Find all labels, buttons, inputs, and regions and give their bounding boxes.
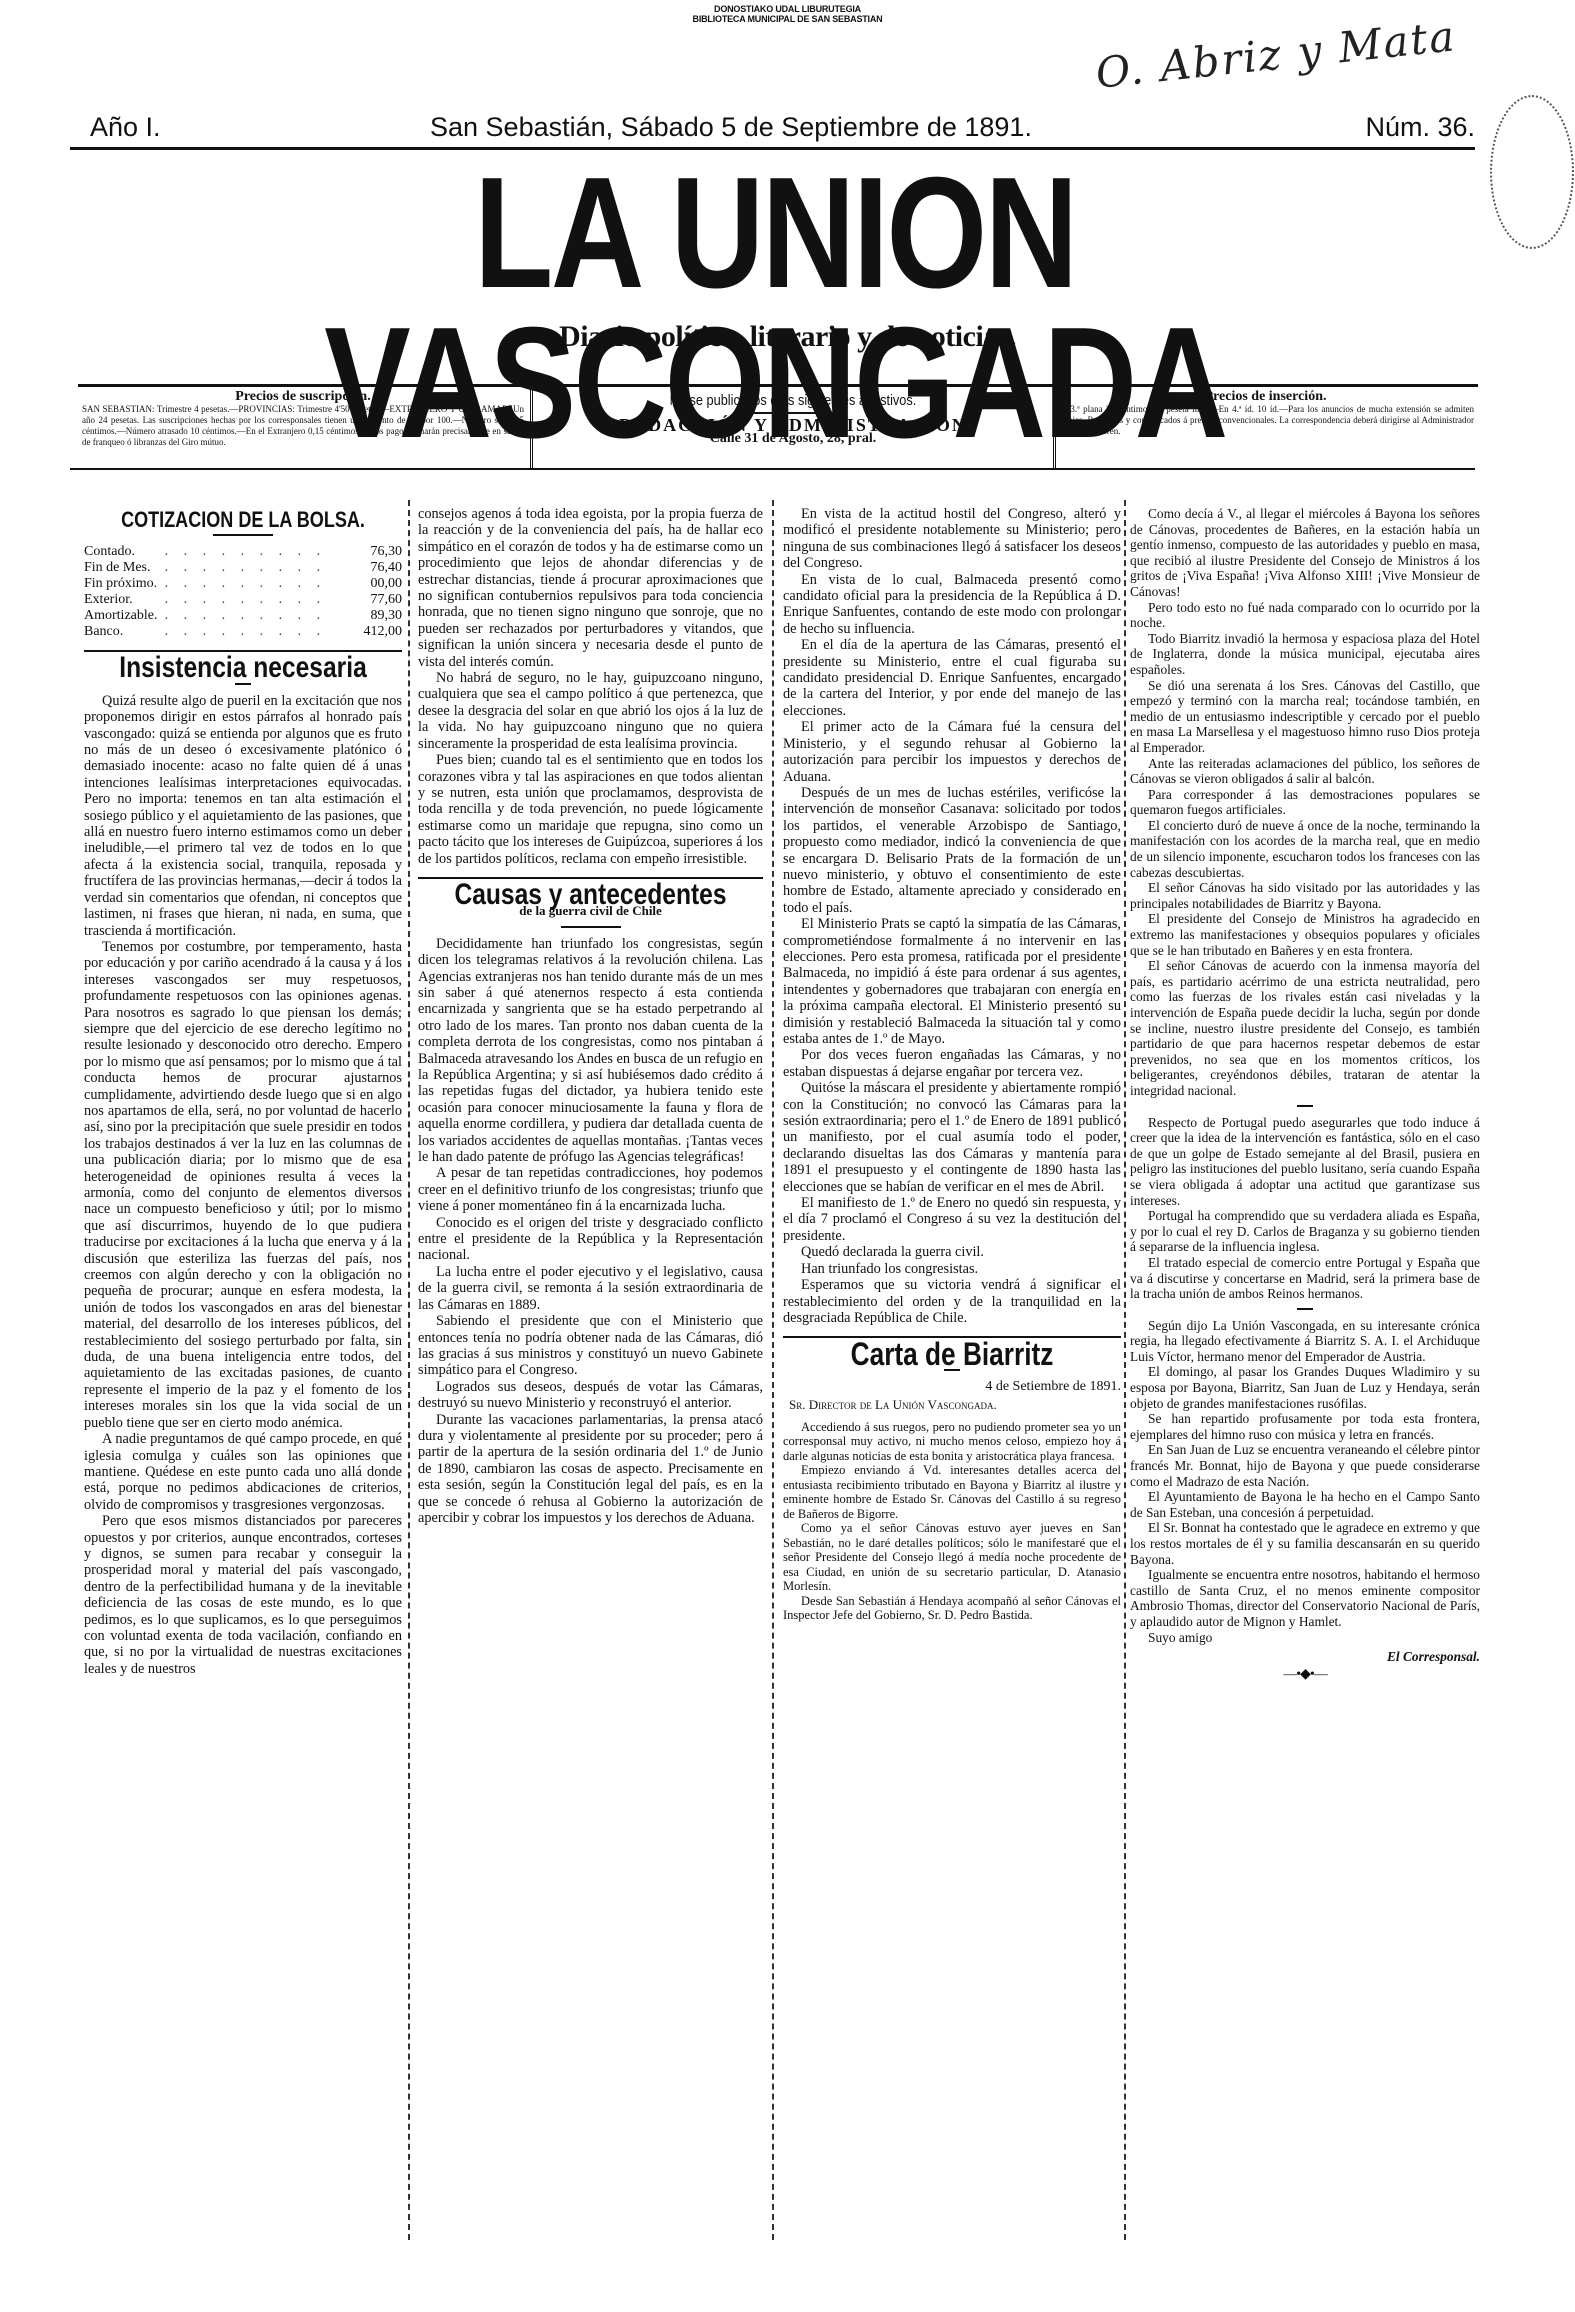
paragraph: En vista de la actitud hostil del Congre… <box>783 506 1121 572</box>
paragraph: El señor Cánovas ha sido visitado por la… <box>1130 880 1480 911</box>
divider <box>561 926 621 928</box>
office-title: REDACCIÓN Y ADMINISTRACIÓN <box>533 420 1053 431</box>
paragraph: Como decía á V., al llegar el miércoles … <box>1130 506 1480 600</box>
paragraph: Por dos veces fueron engañadas las Cámar… <box>783 1047 1121 1080</box>
paragraph: Pues bien; cuando tal es el sentimiento … <box>418 752 763 867</box>
dateline: Año I. San Sebastián, Sábado 5 de Septie… <box>90 112 1475 142</box>
paragraph: El Ministerio Prats se captó la simpatía… <box>783 916 1121 1047</box>
paragraph: El Ayuntamiento de Bayona le ha hecho en… <box>1130 1489 1480 1520</box>
paragraph: El domingo, al pasar los Grandes Duques … <box>1130 1364 1480 1411</box>
paragraph: Quitóse la máscara el presidente y abier… <box>783 1080 1121 1195</box>
article-title: Carta de Biarritz <box>813 1346 1090 1362</box>
paragraph: Durante las vacaciones parlamentarias, l… <box>418 1412 763 1527</box>
paragraph: Pero todo esto no fué nada comparado con… <box>1130 600 1480 631</box>
paragraph: Respecto de Portugal puedo asegurarles q… <box>1130 1115 1480 1209</box>
article-title: Causas y antecedentes <box>449 887 732 903</box>
paragraph: Se dió una serenata á los Sres. Cánovas … <box>1130 678 1480 756</box>
quote-value: 89,30 <box>342 608 402 624</box>
table-row: Fin de Mes.. . . . . . . . .76,40 <box>84 560 402 576</box>
quote-label: Fin próximo. <box>84 576 165 592</box>
quote-label: Fin de Mes. <box>84 560 165 576</box>
quote-label: Banco. <box>84 624 165 640</box>
paragraph: Para corresponder á las demostraciones p… <box>1130 787 1480 818</box>
column-2: consejos agenos á toda idea egoista, por… <box>418 506 763 1526</box>
insertion-title: Precios de inserción. <box>1053 391 1478 402</box>
quote-value: 412,00 <box>342 624 402 640</box>
divider <box>1297 1105 1313 1107</box>
paragraph: Accediendo á sus ruegos, pero no pudiend… <box>783 1420 1121 1464</box>
paragraph: Ante las reiteradas aclamaciones del púb… <box>1130 756 1480 787</box>
paragraph: El manifiesto de 1.º de Enero no quedó s… <box>783 1195 1121 1244</box>
paragraph: Después de un mes de luchas estériles, v… <box>783 785 1121 916</box>
paragraph: consejos agenos á toda idea egoista, por… <box>418 506 763 670</box>
quote-value: 77,60 <box>342 592 402 608</box>
masthead-tagline: Diario político, literario y de noticias… <box>0 320 1575 354</box>
insertion-box: Precios de inserción. En 3.ª plana 20 cé… <box>1053 387 1478 469</box>
subscription-box: Precios de suscripción. SAN SEBASTIAN: T… <box>78 387 528 469</box>
paragraph: Según dijo La Unión Vascongada, en su in… <box>1130 1318 1480 1365</box>
column-1: COTIZACION DE LA BOLSA. Contado.. . . . … <box>84 506 402 1677</box>
paragraph: En vista de lo cual, Balmaceda presentó … <box>783 572 1121 638</box>
paragraph: En San Juan de Luz se encuentra veranean… <box>1130 1442 1480 1489</box>
paragraph: No habrá de seguro, no le hay, guipuzcoa… <box>418 670 763 752</box>
divider <box>1297 1308 1313 1310</box>
paragraph: Como ya el señor Cánovas estuvo ayer jue… <box>783 1521 1121 1594</box>
article-title: Insistencia necesaria <box>113 660 374 676</box>
paragraph: Quizá resulte algo de pueril en la excit… <box>84 693 402 939</box>
paragraph: Portugal ha comprendido que su verdadera… <box>1130 1208 1480 1255</box>
quote-value: 00,00 <box>342 576 402 592</box>
quote-label: Exterior. <box>84 592 165 608</box>
divider <box>753 412 833 414</box>
ornament-icon: —•◆•— <box>1130 1667 1480 1683</box>
column-divider <box>408 500 410 2240</box>
info-band: Precios de suscripción. SAN SEBASTIAN: T… <box>78 384 1478 469</box>
divider <box>213 534 273 536</box>
paragraph: Han triunfado los congresistas. <box>783 1261 1121 1277</box>
paragraph: El presidente del Consejo de Ministros h… <box>1130 911 1480 958</box>
column-3: En vista de la actitud hostil del Congre… <box>783 506 1121 1623</box>
column-4: Como decía á V., al llegar el miércoles … <box>1130 506 1480 1682</box>
paragraph: El Sr. Bonnat ha contestado que le agrad… <box>1130 1520 1480 1567</box>
year-label: Año I. <box>90 112 161 143</box>
office-box: No se publica los días siguientes á fest… <box>530 387 1056 469</box>
paragraph: Desde San Sebastián á Hendaya acompañó a… <box>783 1594 1121 1623</box>
subscription-text: SAN SEBASTIAN: Trimestre 4 pesetas.—PROV… <box>78 404 528 448</box>
paragraph: Quedó declarada la guerra civil. <box>783 1244 1121 1260</box>
library-stamp: DONOSTIAKO UDAL LIBURUTEGIA BIBLIOTECA M… <box>0 4 1575 24</box>
letter-signoff: El Corresponsal. <box>1130 1649 1480 1665</box>
paragraph: Suyo amigo <box>1130 1630 1480 1646</box>
library-stamp-line: DONOSTIAKO UDAL LIBURUTEGIA <box>0 4 1575 14</box>
paragraph: A nadie preguntamos de qué campo procede… <box>84 1431 402 1513</box>
quote-value: 76,30 <box>342 544 402 560</box>
paragraph: La lucha entre el poder ejecutivo y el l… <box>418 1264 763 1313</box>
quote-label: Contado. <box>84 544 165 560</box>
paragraph: El tratado especial de comercio entre Po… <box>1130 1255 1480 1302</box>
paragraph: El primer acto de la Cámara fué la censu… <box>783 719 1121 785</box>
paragraph: Pero que esos mismos distanciados por pa… <box>84 1513 402 1677</box>
table-row: Fin próximo.. . . . . . . . .00,00 <box>84 576 402 592</box>
paragraph: Conocido es el origen del triste y desgr… <box>418 1215 763 1264</box>
letter-salutation: Sr. Director de La Unión Vascongada. <box>789 1397 1121 1413</box>
paragraph: Se han repartido profusamente por toda e… <box>1130 1411 1480 1442</box>
handwritten-signature: O. Abriz y Mata <box>1093 11 1458 98</box>
table-row: Contado.. . . . . . . . .76,30 <box>84 544 402 560</box>
bolsa-table: Contado.. . . . . . . . .76,30 Fin de Me… <box>84 544 402 640</box>
paragraph: Esperamos que su victoria vendrá á signi… <box>783 1277 1121 1326</box>
quote-label: Amortizable. <box>84 608 165 624</box>
seal-stamp-icon <box>1490 95 1574 249</box>
table-row: Amortizable.. . . . . . . . .89,30 <box>84 608 402 624</box>
office-address: Calle 31 de Agosto, 28, pral. <box>533 433 1053 444</box>
publication-notice: No se publica los días siguientes á fest… <box>572 395 1014 406</box>
bolsa-title: COTIZACION DE LA BOLSA. <box>113 512 374 528</box>
insertion-text: En 3.ª plana 20 céntimos de peseta línea… <box>1053 404 1478 437</box>
subscription-title: Precios de suscripción. <box>78 391 528 402</box>
paragraph: Todo Biarritz invadió la hermosa y espac… <box>1130 631 1480 678</box>
paragraph: A pesar de tan repetidas contradicciones… <box>418 1165 763 1214</box>
paragraph: El señor Cánovas de acuerdo con la inmen… <box>1130 958 1480 1098</box>
issue-number: Núm. 36. <box>1365 112 1475 143</box>
divider <box>70 468 1475 470</box>
table-row: Exterior.. . . . . . . . .77,60 <box>84 592 402 608</box>
column-divider <box>1124 500 1126 2240</box>
table-row: Banco.. . . . . . . . .412,00 <box>84 624 402 640</box>
column-divider <box>772 500 774 2240</box>
paragraph: Empiezo enviando á Vd. interesantes deta… <box>783 1463 1121 1521</box>
paragraph: Decididamente han triunfado los congresi… <box>418 936 763 1166</box>
paragraph: Sabiendo el presidente que con el Minist… <box>418 1313 763 1379</box>
paragraph: Igualmente se encuentra entre nosotros, … <box>1130 1567 1480 1629</box>
paragraph: En el día de la apertura de las Cámaras,… <box>783 637 1121 719</box>
paragraph: Logrados sus deseos, después de votar la… <box>418 1379 763 1412</box>
letter-date: 4 de Setiembre de 1891. <box>783 1379 1121 1395</box>
quote-value: 76,40 <box>342 560 402 576</box>
paragraph: El concierto duró de nueve á once de la … <box>1130 818 1480 880</box>
paragraph: Tenemos por costumbre, por temperamento,… <box>84 939 402 1431</box>
place-date: San Sebastián, Sábado 5 de Septiembre de… <box>430 112 1032 143</box>
